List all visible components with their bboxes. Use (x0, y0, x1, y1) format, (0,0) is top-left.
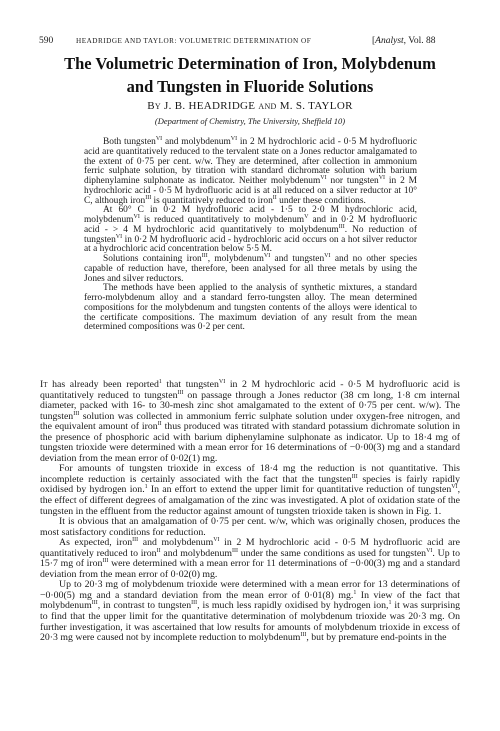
superscript: VI (213, 537, 219, 543)
author-2: M. S. TAYLOR (280, 100, 353, 112)
superscript: III (145, 195, 151, 201)
body-paragraph: It is obvious that an amalgamation of 0·… (40, 517, 460, 538)
superscript: 1 (388, 600, 391, 606)
journal-volume: , Vol. 88 (404, 36, 436, 46)
superscript: II (158, 421, 162, 427)
superscript: III (191, 600, 197, 606)
superscript: III (132, 537, 138, 543)
author-1: J. B. HEADRIDGE (164, 100, 255, 112)
superscript: VI (133, 214, 139, 220)
affiliation: (Department of Chemistry, The University… (0, 116, 500, 126)
lead-word: It (40, 379, 48, 390)
superscript: VI (426, 548, 432, 554)
superscript: VI (324, 253, 330, 259)
superscript: VI (231, 136, 237, 142)
superscript: III (102, 558, 108, 564)
superscript: 1 (353, 590, 356, 596)
superscript: III (300, 632, 306, 638)
superscript: III (232, 548, 238, 554)
superscript: III (73, 411, 79, 417)
byline-by: By (147, 100, 161, 112)
superscript: 1 (159, 379, 162, 385)
title-line-2: and Tungsten in Fluoride Solutions (0, 75, 500, 98)
superscript: VI (116, 234, 122, 240)
body-paragraph: It has already been reported1 that tungs… (40, 380, 460, 464)
superscript: III (202, 253, 208, 259)
title-line-1: The Volumetric Determination of Iron, Mo… (0, 52, 500, 75)
body-paragraph: As expected, ironIII and molybdenumVI in… (40, 538, 460, 580)
superscript: III (92, 600, 98, 606)
journal-citation: [Analyst, Vol. 88 (372, 36, 436, 46)
body-paragraph: Up to 20·3 mg of molybdenum trioxide wer… (40, 580, 460, 643)
superscript: II (273, 195, 277, 201)
page-number: 590 (39, 36, 53, 46)
superscript: III (177, 390, 183, 396)
superscript: III (352, 474, 358, 480)
abstract-paragraph: Solutions containing ironIII, molybdenum… (84, 255, 417, 284)
running-head: 590 HEADRIDGE AND TAYLOR: VOLUMETRIC DET… (39, 36, 439, 48)
byline: By J. B. HEADRIDGE and M. S. TAYLOR (0, 100, 500, 112)
journal-name: Analyst (375, 36, 404, 46)
running-head-text: HEADRIDGE AND TAYLOR: VOLUMETRIC DETERMI… (76, 37, 311, 45)
article-title: The Volumetric Determination of Iron, Mo… (0, 52, 500, 98)
byline-and: and (258, 100, 276, 112)
superscript: VI (451, 484, 457, 490)
superscript: 1 (145, 484, 148, 490)
body-paragraph: For amounts of tungsten trioxide in exce… (40, 464, 460, 517)
abstract-paragraph: Both tungstenVI and molybdenumVI in 2 M … (84, 138, 417, 206)
superscript: VI (379, 175, 385, 181)
superscript: V (304, 214, 308, 220)
superscript: VI (219, 379, 225, 385)
abstract-paragraph: At 60° C in 0·2 M hydrofluoric acid - 1·… (84, 206, 417, 255)
abstract-paragraph: The methods have been applied to the ana… (84, 284, 417, 333)
superscript: II (157, 548, 161, 554)
superscript: VI (156, 136, 162, 142)
journal-page: 590 HEADRIDGE AND TAYLOR: VOLUMETRIC DET… (0, 0, 500, 731)
superscript: VI (264, 253, 270, 259)
superscript: III (339, 224, 345, 230)
article-body: It has already been reported1 that tungs… (40, 380, 460, 644)
superscript: VI (320, 175, 326, 181)
abstract: Both tungstenVI and molybdenumVI in 2 M … (84, 138, 417, 333)
